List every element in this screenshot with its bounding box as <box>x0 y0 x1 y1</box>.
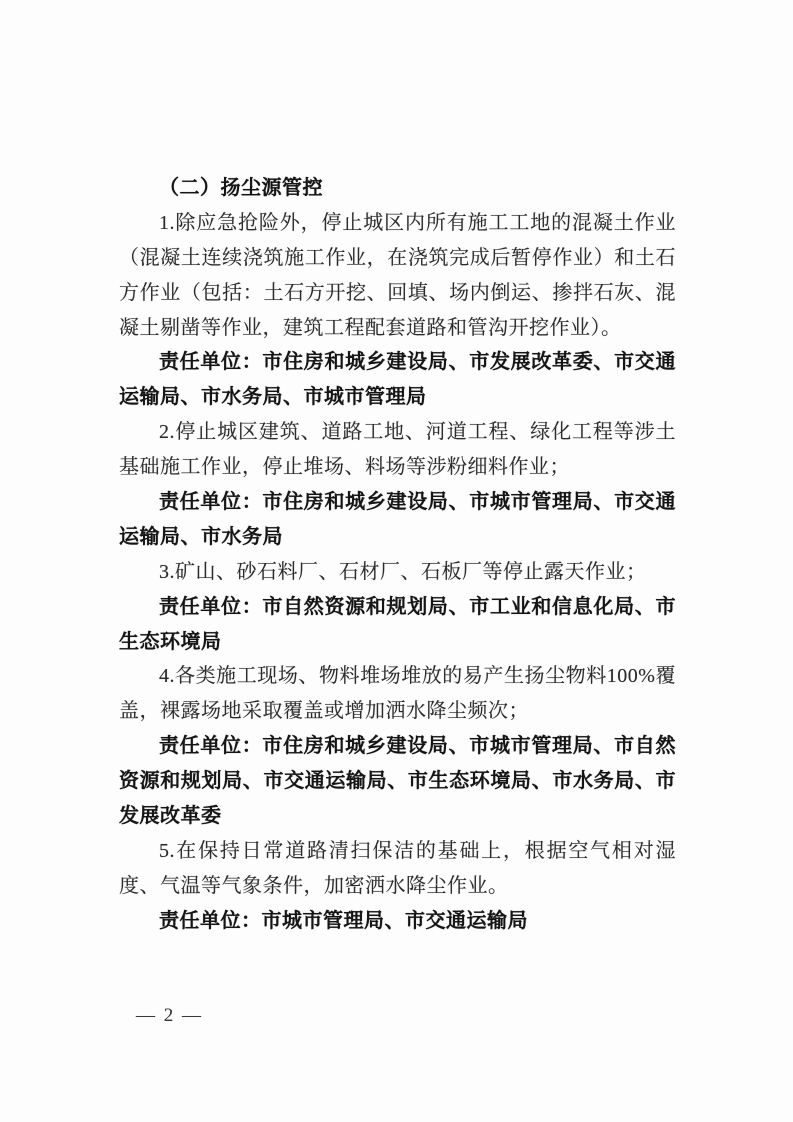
scanned-document-screenshot: { "page": { "background_color": "#fdfdfd… <box>0 0 793 1122</box>
text-line: 责任单位：市住房和城乡建设局、市城市管理局、市交通 <box>119 485 676 520</box>
text-line: 运输局、市水务局、市城市管理局 <box>119 380 676 415</box>
paragraph-body: 2.停止城区建筑、道路工地、河道工程、绿化工程等涉土基础施工作业，停止堆场、料场… <box>119 415 676 485</box>
paragraph-responsibility: 责任单位：市自然资源和规划局、市工业和信息化局、市生态环境局 <box>119 590 676 660</box>
text-line: （混凝土连续浇筑施工作业，在浇筑完成后暂停作业）和土石 <box>119 241 676 276</box>
text-line: （二）扬尘源管控 <box>119 171 676 206</box>
page-number: — 2 — <box>136 1005 203 1026</box>
page-footer: — 2 — <box>136 1005 203 1027</box>
paragraph-heading: （二）扬尘源管控 <box>119 171 676 206</box>
paragraph-body: 5.在保持日常道路清扫保洁的基础上，根据空气相对湿度、气温等气象条件，加密洒水降… <box>119 834 676 904</box>
text-line: 3.矿山、砂石料厂、石材厂、石板厂等停止露天作业； <box>119 555 676 590</box>
text-line: 5.在保持日常道路清扫保洁的基础上，根据空气相对湿 <box>119 834 676 869</box>
text-line: 基础施工作业，停止堆场、料场等涉粉细料作业； <box>119 450 676 485</box>
text-line: 生态环境局 <box>119 625 676 660</box>
text-line: 责任单位：市住房和城乡建设局、市城市管理局、市自然 <box>119 729 676 764</box>
text-line: 责任单位：市住房和城乡建设局、市发展改革委、市交通 <box>119 345 676 380</box>
text-line: 发展改革委 <box>119 799 676 834</box>
text-line: 4.各类施工现场、物料堆场堆放的易产生扬尘物料100%覆 <box>119 659 676 694</box>
paragraph-body: 3.矿山、砂石料厂、石材厂、石板厂等停止露天作业； <box>119 555 676 590</box>
paragraph-body: 1.除应急抢险外，停止城区内所有施工工地的混凝土作业（混凝土连续浇筑施工作业，在… <box>119 206 676 346</box>
document-page: （二）扬尘源管控1.除应急抢险外，停止城区内所有施工工地的混凝土作业（混凝土连续… <box>0 0 793 1122</box>
text-line: 盖，裸露场地采取覆盖或增加洒水降尘频次； <box>119 694 676 729</box>
paragraph-responsibility: 责任单位：市住房和城乡建设局、市城市管理局、市自然资源和规划局、市交通运输局、市… <box>119 729 676 834</box>
text-line: 1.除应急抢险外，停止城区内所有施工工地的混凝土作业 <box>119 206 676 241</box>
paragraph-responsibility: 责任单位：市住房和城乡建设局、市城市管理局、市交通运输局、市水务局 <box>119 485 676 555</box>
text-line: 方作业（包括：土石方开挖、回填、场内倒运、掺拌石灰、混 <box>119 276 676 311</box>
text-line: 责任单位：市自然资源和规划局、市工业和信息化局、市 <box>119 590 676 625</box>
text-line: 度、气温等气象条件，加密洒水降尘作业。 <box>119 869 676 904</box>
paragraph-responsibility: 责任单位：市住房和城乡建设局、市发展改革委、市交通运输局、市水务局、市城市管理局 <box>119 345 676 415</box>
text-line: 资源和规划局、市交通运输局、市生态环境局、市水务局、市 <box>119 764 676 799</box>
text-line: 责任单位：市城市管理局、市交通运输局 <box>119 904 676 939</box>
text-line: 运输局、市水务局 <box>119 520 676 555</box>
document-body: （二）扬尘源管控1.除应急抢险外，停止城区内所有施工工地的混凝土作业（混凝土连续… <box>119 171 676 939</box>
paragraph-responsibility: 责任单位：市城市管理局、市交通运输局 <box>119 904 676 939</box>
text-line: 2.停止城区建筑、道路工地、河道工程、绿化工程等涉土 <box>119 415 676 450</box>
paragraph-body: 4.各类施工现场、物料堆场堆放的易产生扬尘物料100%覆盖，裸露场地采取覆盖或增… <box>119 659 676 729</box>
text-line: 凝土剔凿等作业，建筑工程配套道路和管沟开挖作业）。 <box>119 311 676 346</box>
